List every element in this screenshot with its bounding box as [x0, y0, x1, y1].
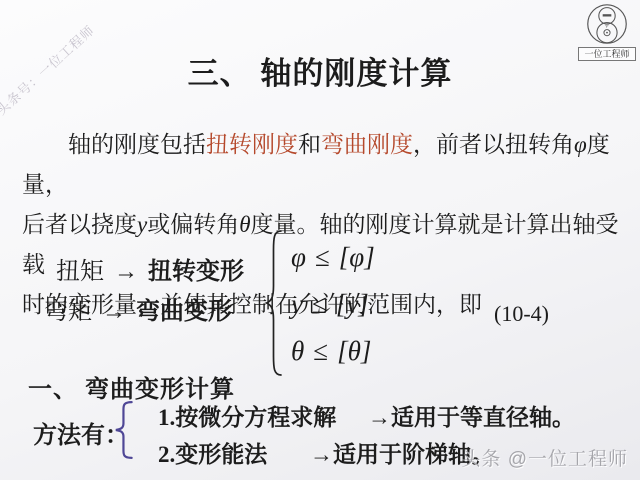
formula-rhs: [θ]: [337, 336, 371, 367]
right-arrow-icon: →: [102, 299, 126, 325]
method-name: 1.按微分方程求解: [158, 399, 368, 432]
right-arrow-icon: →: [114, 259, 138, 285]
slide: 头条号：一位工程师 ϕ 一位工程师 三、 轴的刚度计算 轴的刚度包括扭转刚度和弯…: [0, 0, 640, 480]
var-theta: θ: [239, 212, 250, 237]
highlight-torsional-stiffness: 扭转刚度: [206, 132, 298, 157]
highlight-bending-stiffness: 弯曲刚度: [321, 132, 413, 157]
watermark-bottom-right: 头条 @一位工程师: [461, 444, 628, 471]
formula-row-theta: θ≤[θ]: [291, 328, 375, 375]
var-y: y: [137, 212, 147, 237]
leq-symbol: ≤: [312, 289, 327, 320]
gear-schematic-icon: ϕ: [578, 2, 636, 46]
mapping-term: 弯矩: [44, 299, 92, 325]
formula-lhs: φ: [291, 242, 306, 273]
mapping-result: 弯曲变形: [136, 299, 232, 325]
formula-rhs: [y]: [336, 289, 369, 320]
formula-rhs: [φ]: [339, 242, 375, 273]
method-name: 2.变形能法: [158, 436, 310, 469]
leq-symbol: ≤: [313, 336, 328, 367]
mapping-row-torque: 扭矩→扭转变形: [44, 252, 244, 292]
svg-text:ϕ: ϕ: [606, 22, 609, 28]
leq-symbol: ≤: [315, 242, 330, 273]
para-text: 后者以挠度: [22, 212, 137, 237]
load-deformation-mapping: 扭矩→扭转变形 弯矩→弯曲变形: [44, 252, 244, 332]
mapping-term: 扭矩: [56, 259, 104, 285]
formula-row-y: y≤[y]: [291, 281, 375, 328]
equation-number: (10-4): [494, 301, 549, 327]
para-text: 和: [298, 132, 321, 157]
var-phi: φ: [574, 132, 587, 157]
para-text: 或偏转角: [147, 212, 239, 237]
slide-title: 三、 轴的刚度计算: [0, 48, 640, 93]
formula-lhs: y: [291, 289, 303, 320]
methods-brace-icon: [112, 401, 136, 464]
constraint-formulas: φ≤[φ] y≤[y] θ≤[θ]: [291, 234, 375, 375]
formula-row-phi: φ≤[φ]: [291, 234, 375, 281]
mapping-result: 扭转变形: [148, 259, 244, 285]
mapping-row-bending: 弯矩→弯曲变形: [44, 292, 244, 332]
formula-lhs: θ: [291, 336, 304, 367]
method-applicability: →适用于等直径轴。: [368, 399, 575, 432]
para-text: 轴的刚度包括: [68, 132, 206, 157]
para-text: ，前者以扭转角: [413, 132, 574, 157]
method-item-1: 1.按微分方程求解→适用于等直径轴。: [158, 399, 575, 436]
formula-brace-icon: [263, 228, 285, 383]
